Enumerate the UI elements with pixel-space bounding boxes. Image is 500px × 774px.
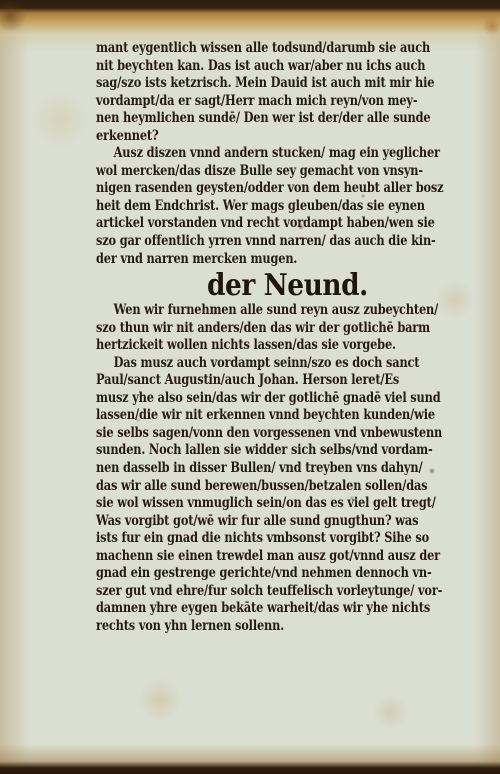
text-line: hertzickeit wollen nichts lassen/das sie… xyxy=(96,337,363,355)
text-line: Was vorgibt got/wē wir fur alle sund gnu… xyxy=(96,513,363,531)
text-line: szer gut vnd ehre/fur solch teuffelisch … xyxy=(96,583,363,601)
text-line: sag/szo ists ketzrisch. Mein Dauid ist a… xyxy=(96,75,363,93)
text-line: Wen wir furnehmen alle sund reyn ausz zu… xyxy=(96,302,363,320)
text-line: nen dasselb in disser Bullen/ vnd treybe… xyxy=(96,460,363,478)
text-line: das wir alle sund berewen/bussen/betzale… xyxy=(96,478,363,496)
text-line: erkennet? xyxy=(96,128,363,146)
page-text-block: mant eygentlich wissen alle todsund/daru… xyxy=(96,40,430,636)
text-line: szo thun wir nit anders/den das wir der … xyxy=(96,320,363,338)
text-line: musz yhe also sein/das wir der gotlichē … xyxy=(96,390,363,408)
text-line: der vnd narren mercken mugen. xyxy=(96,251,363,269)
section-heading-text: der Neund. xyxy=(207,269,368,302)
text-line: lassen/die wir nit erkennen vnnd beychte… xyxy=(96,407,363,425)
text-line: rechts von yhn lernen sollenn. xyxy=(96,618,363,636)
text-line: Paul/sanct Augustin/auch Johan. Herson l… xyxy=(96,372,363,390)
text-line: nen heymlichen sundē/ Den wer ist der/de… xyxy=(96,110,363,128)
text-line: mant eygentlich wissen alle todsund/daru… xyxy=(96,40,363,58)
text-line: nit beychten kan. Das ist auch war/aber … xyxy=(96,58,363,76)
text-line: Ausz diszen vnnd andern stucken/ mag ein… xyxy=(96,145,363,163)
text-line: vordampt/da er sagt/Herr mach mich reyn/… xyxy=(96,93,363,111)
text-line: wol mercken/das disze Bulle sey gemacht … xyxy=(96,163,363,181)
text-line: sunden. Noch lallen sie widder sich selb… xyxy=(96,442,363,460)
text-line: Das musz auch vordampt seinn/szo es doch… xyxy=(96,355,363,373)
text-line: nigen rasenden geysten/odder von dem heu… xyxy=(96,180,363,198)
text-line: sie wol wissen vnmuglich sein/on das es … xyxy=(96,495,363,513)
text-line: machenn sie einen trewdel man ausz got/v… xyxy=(96,548,363,566)
text-line: ists fur ein gnad die nichts vmbsonst vo… xyxy=(96,530,363,548)
section-heading: der Neund. xyxy=(96,269,430,302)
text-line: damnen yhre eygen bekāte warheit/das wir… xyxy=(96,600,363,618)
text-line: artickel vorstanden vnd recht vordampt h… xyxy=(96,215,363,233)
text-line: gnad ein gestrenge gerichte/vnd nehmen d… xyxy=(96,565,363,583)
book-page: mant eygentlich wissen alle todsund/daru… xyxy=(0,0,500,774)
text-line: sie selbs sagen/vonn den vorgessenen vnd… xyxy=(96,425,363,443)
text-line: szo gar offentlich yrren vnnd narren/ da… xyxy=(96,233,363,251)
text-line: heit dem Endchrist. Wer mags gleuben/das… xyxy=(96,198,363,216)
